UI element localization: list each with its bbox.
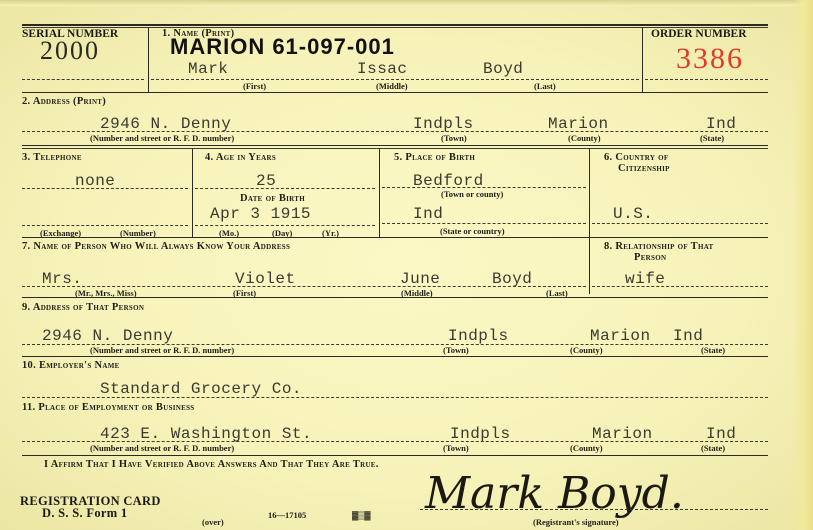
citizenship-value: U.S. [613, 205, 653, 223]
age-line [195, 188, 375, 189]
relationship-line [592, 286, 768, 287]
name-first: Mark [188, 60, 228, 78]
employer-label: 10. Employer's Name [22, 360, 120, 371]
citizenship-label-2: Citizenship [618, 163, 670, 174]
contact-line [22, 286, 586, 287]
order-number-line [645, 79, 768, 80]
age-label: 4. Age in Years [205, 152, 276, 163]
affirmation-text: I Affirm That I Have Verified Above Answ… [44, 459, 379, 470]
divider [379, 149, 380, 237]
relationship-label-1: 8. Relationship of That [604, 241, 714, 252]
form-number: D. S. S. Form 1 [42, 506, 127, 521]
divider [192, 149, 193, 237]
contact-address-state: Ind [673, 327, 703, 345]
employment-town-caption: (Town) [443, 443, 469, 453]
address-state-caption: (State) [700, 133, 724, 143]
contact-address-town: Indpls [448, 327, 509, 345]
name-middle-caption: (Middle) [376, 81, 408, 91]
place-of-birth-state: Ind [413, 205, 443, 223]
rule [22, 237, 768, 238]
rule [22, 297, 768, 298]
employer-value: Standard Grocery Co. [100, 380, 302, 398]
employer-line [22, 397, 768, 398]
date-of-birth-line [195, 225, 375, 226]
employment-state-caption: (State) [701, 443, 725, 453]
over-note: (over) [202, 517, 224, 527]
divider [642, 28, 643, 92]
name-last: Boyd [483, 60, 523, 78]
address-town-caption: (Town) [441, 133, 467, 143]
citizenship-line [592, 223, 768, 224]
contact-address-county-caption: (County) [570, 345, 603, 355]
rule [22, 148, 768, 149]
rule [22, 455, 768, 456]
card-top-edge [0, 0, 813, 6]
relationship-label-2: Person [634, 252, 666, 263]
date-of-birth-label: Date of Birth [240, 193, 305, 204]
contact-address-county: Marion [590, 327, 651, 345]
name-middle: Issac [357, 60, 408, 78]
place-of-birth-label: 5. Place of Birth [394, 152, 475, 163]
employment-county-caption: (County) [570, 443, 603, 453]
form-code: 16—17105 [268, 510, 306, 520]
rule [22, 92, 768, 93]
name-last-caption: (Last) [534, 81, 556, 91]
name-stamp: MARION 61-097-001 [170, 34, 395, 60]
signature-line [420, 509, 768, 510]
address-label: 2. Address (Print) [22, 96, 106, 107]
contact-address-street: 2946 N. Denny [42, 327, 173, 345]
rule [22, 145, 768, 146]
divider [589, 149, 590, 237]
employment-street-caption: (Number and street or R. F. D. number) [90, 443, 234, 453]
registrant-signature: Mark Boyd. [425, 468, 684, 519]
top-rule [22, 24, 768, 26]
serial-number-value: 2000 [40, 36, 100, 66]
name-line [151, 79, 639, 80]
name-first-caption: (First) [243, 81, 266, 91]
telephone-line [22, 188, 188, 189]
registration-card: SERIAL NUMBER 2000 1. Name (Print) MARIO… [0, 0, 813, 530]
employment-place-label: 11. Place of Employment or Business [22, 402, 195, 413]
serial-number-line [22, 79, 144, 80]
union-label-icon: ▓▒▓ [352, 510, 370, 520]
date-of-birth-value: Apr 3 1915 [210, 205, 311, 223]
place-of-birth-state-caption: (State or country) [440, 226, 505, 236]
citizenship-label-1: 6. Country of [604, 152, 668, 163]
employment-line [22, 441, 768, 442]
contact-address-label: 9. Address of That Person [22, 302, 144, 313]
signature-caption: (Registrant's signature) [533, 517, 619, 527]
address-street-caption: (Number and street or R. F. D. number) [90, 133, 234, 143]
rule [22, 356, 768, 357]
order-number-label: ORDER NUMBER [651, 28, 747, 40]
telephone-line-2 [22, 225, 188, 226]
contact-address-street-caption: (Number and street or R. F. D. number) [90, 345, 234, 355]
address-line [22, 131, 768, 132]
address-county-caption: (County) [568, 133, 601, 143]
contact-address-state-caption: (State) [701, 345, 725, 355]
place-of-birth-town-caption: (Town or county) [441, 189, 503, 199]
divider [148, 28, 149, 92]
contact-person-label: 7. Name of Person Who Will Always Know Y… [22, 241, 290, 252]
card-right-edge [793, 0, 813, 530]
contact-address-town-caption: (Town) [443, 345, 469, 355]
order-number-value: 3386 [676, 42, 744, 76]
telephone-label: 3. Telephone [22, 152, 82, 163]
place-of-birth-line [382, 187, 586, 188]
place-of-birth-state-line [382, 223, 586, 224]
divider [589, 238, 590, 294]
